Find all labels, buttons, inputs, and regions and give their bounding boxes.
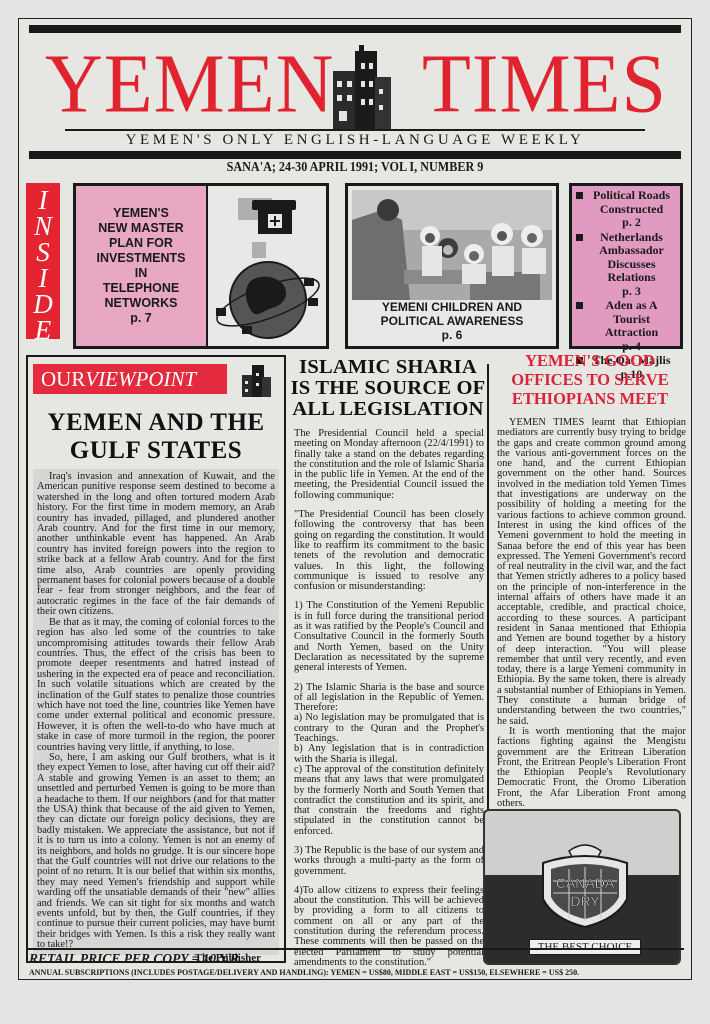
square-bullet-icon: [576, 192, 583, 199]
viewpoint-editorial: OURVIEWPOINT YEMEN AND THE GULF STATES I…: [26, 355, 286, 963]
inside-label: I N S I D E: [26, 183, 60, 339]
sharia-body: The Presidential Council held a special …: [289, 429, 487, 968]
article-paragraph: It is worth mentioning that the major fa…: [497, 727, 686, 809]
telephone-globe-icon: [208, 186, 326, 346]
inside-teaser-telephone[interactable]: YEMEN'S NEW MASTER PLAN FOR INVESTMENTS …: [73, 183, 329, 349]
article-paragraph: The Presidential Council held a special …: [294, 429, 484, 501]
contents-item-title: Netherlands Ambassador Discusses Relatio…: [599, 230, 664, 285]
teaser-line: IN: [97, 266, 186, 281]
editorial-paragraph: So, here, I am asking our Gulf brothers,…: [37, 753, 275, 951]
column-divider: [487, 364, 489, 814]
svg-text:CANADA: CANADA: [556, 875, 615, 891]
top-rule: [29, 25, 681, 33]
teaser-text-panel: YEMEN'S NEW MASTER PLAN FOR INVESTMENTS …: [76, 186, 208, 346]
tower-house-icon: [238, 363, 274, 397]
headline-line: GULF STATES: [28, 437, 284, 465]
teaser-line: NEW MASTER: [97, 221, 186, 236]
dateline-rule: [29, 151, 681, 159]
headline-line: YEMEN'S GOOD: [491, 351, 689, 370]
inside-letter: E: [35, 317, 52, 343]
headline-line: ALL LEGISLATION: [289, 399, 487, 420]
headline-line: IS THE SOURCE OF: [289, 378, 487, 399]
caption-line: YEMENI CHILDREN AND: [348, 300, 556, 314]
banner-our: OUR: [41, 367, 85, 391]
photo-caption: YEMENI CHILDREN AND POLITICAL AWARENESS …: [348, 300, 556, 342]
caption-page: p. 6: [348, 328, 556, 342]
teaser-line: INVESTMENTS: [97, 251, 186, 266]
contents-item-title: Aden as A Tourist Attraction: [605, 298, 658, 339]
inside-letter: D: [33, 291, 53, 317]
headline-line: ETHIOPIANS MEET: [491, 389, 689, 408]
teaser-line: YEMEN'S: [97, 206, 186, 221]
article-paragraph: 1) The Constitution of the Yemeni Republ…: [294, 601, 484, 673]
svg-text:DRY: DRY: [570, 893, 600, 909]
article-paragraph: YEMEN TIMES learnt that Ethiopian mediat…: [497, 418, 686, 727]
contents-item-title: Political Roads Constructed: [593, 188, 670, 216]
newspaper-front-page: YEMEN TIMES YEMEN'S ONLY ENGLISH-LANGUAG…: [18, 18, 692, 980]
headline-line: ISLAMIC SHARIA: [289, 357, 487, 378]
inside-letter: S: [36, 239, 50, 265]
inside-letter: I: [39, 265, 48, 291]
editorial-headline: YEMEN AND THE GULF STATES: [28, 409, 284, 465]
sharia-headline: ISLAMIC SHARIA IS THE SOURCE OF ALL LEGI…: [289, 357, 487, 420]
editorial-paragraph: Iraq's invasion and annexation of Kuwait…: [37, 472, 275, 618]
teaser-line: TELEPHONE: [97, 281, 186, 296]
article-paragraph: "The Presidential Council has been close…: [294, 510, 484, 592]
ethiopia-article: YEMEN'S GOOD OFFICES TO SERVE ETHIOPIANS…: [491, 349, 689, 819]
editorial-body: Iraq's invasion and annexation of Kuwait…: [33, 469, 279, 955]
inside-letter: I: [39, 187, 48, 213]
contents-item[interactable]: Netherlands Ambassador Discusses Relatio…: [576, 231, 676, 299]
caption-line: POLITICAL AWARENESS: [348, 314, 556, 328]
square-bullet-icon: [576, 234, 583, 241]
ethiopia-headline: YEMEN'S GOOD OFFICES TO SERVE ETHIOPIANS…: [491, 351, 689, 408]
contents-item-page: p. 3: [622, 284, 641, 298]
teaser-page: p. 7: [97, 311, 186, 326]
masthead-title-left: YEMEN: [45, 37, 334, 132]
ethiopia-body: YEMEN TIMES learnt that Ethiopian mediat…: [491, 418, 689, 809]
headline-line: OFFICES TO SERVE: [491, 370, 689, 389]
subscription-rates: ANNUAL SUBSCRIPTIONS (INCLUDES POSTAGE/D…: [29, 967, 579, 977]
tagline: YEMEN'S ONLY ENGLISH-LANGUAGE WEEKLY: [19, 132, 691, 149]
article-paragraph: 3) The Republic is the base of our syste…: [294, 846, 484, 877]
crown-shield-icon: CANADA DRY: [533, 841, 637, 929]
ad-slogan: THE BEST CHOICE: [529, 939, 641, 955]
tagline-rule: [65, 129, 645, 131]
classroom-photo: [352, 190, 552, 300]
contents-item-page: p. 2: [622, 215, 641, 229]
contents-item[interactable]: Aden as A Tourist Attractionp. 4: [576, 299, 676, 353]
inside-teaser-children[interactable]: YEMENI CHILDREN AND POLITICAL AWARENESS …: [345, 183, 559, 349]
masthead-title-right: TIMES: [422, 37, 667, 132]
retail-price: RETAIL PRICE PER COPY = 10 Y.R.: [29, 951, 242, 967]
teaser-line: NETWORKS: [97, 296, 186, 311]
canada-dry-advertisement[interactable]: CANADA DRY THE BEST CHOICE: [483, 809, 681, 965]
inside-contents-list: Political Roads Constructedp. 2 Netherla…: [569, 183, 683, 349]
masthead: YEMEN TIMES: [29, 33, 681, 133]
dateline: SANA'A; 24-30 APRIL 1991; VOL I, NUMBER …: [53, 159, 658, 175]
editorial-paragraph: Be that as it may, the coming of colonia…: [37, 618, 275, 753]
footer-rule: [26, 948, 684, 950]
article-paragraph: 4)To allow citizens to express their fee…: [294, 886, 484, 968]
headline-line: YEMEN AND THE: [28, 409, 284, 437]
inside-letter: N: [34, 213, 52, 239]
sharia-article: ISLAMIC SHARIA IS THE SOURCE OF ALL LEGI…: [289, 355, 487, 963]
article-paragraph: 2) The Islamic Sharia is the base and so…: [294, 683, 484, 837]
teaser-line: PLAN FOR: [97, 236, 186, 251]
tower-house-icon: [325, 41, 397, 131]
square-bullet-icon: [576, 302, 583, 309]
viewpoint-banner: OURVIEWPOINT: [33, 364, 227, 394]
contents-item[interactable]: Political Roads Constructedp. 2: [576, 189, 676, 230]
banner-viewpoint: VIEWPOINT: [85, 367, 196, 391]
